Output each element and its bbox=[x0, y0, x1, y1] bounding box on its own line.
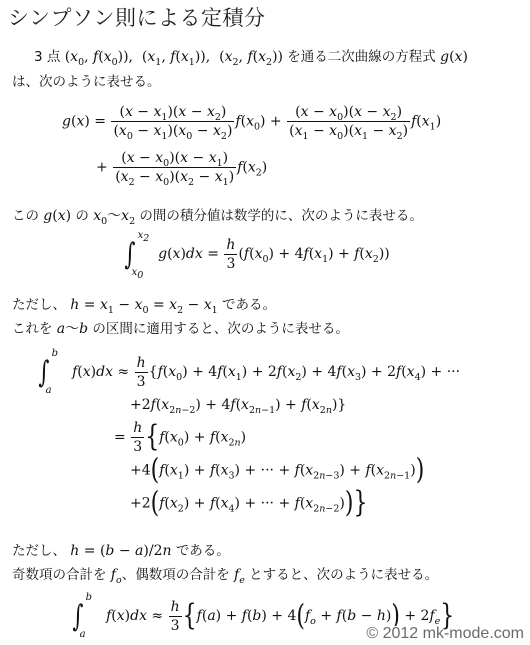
intro-line-1: 3 点 (x0, f(x0)), (x1, f(x1)), (x2, f(x2)… bbox=[34, 45, 468, 65]
integral-intro: この g(x) の x0〜x2 の間の積分値は数学的に、次のように表せる。 bbox=[12, 204, 423, 225]
equation-simpson-line-1: ∫ba f(x)dx ≈ h3{f(x0) + 4f(x1) + 2f(x2) … bbox=[36, 350, 460, 394]
equation-simpson-line-5: +2(f(x2) + f(x4) + ··· + f(x2n−2))} bbox=[130, 491, 367, 516]
equation-simpson-line-3: = h3{f(x0) + f(x2n) bbox=[114, 420, 246, 455]
h-interval-definition: ただし、 h = (b − a)/2n である。 bbox=[12, 539, 230, 559]
page-title: シンプソン則による定積分 bbox=[8, 2, 265, 32]
equation-g-of-x-line-2: + (x − x0)(x − x1)(x2 − x0)(x2 − x1)f(x2… bbox=[96, 150, 267, 185]
equation-g-of-x-line-1: g(x) = (x − x1)(x − x2)(x0 − x1)(x0 − x2… bbox=[62, 104, 441, 139]
points-math: (x0, f(x0)), (x1, f(x1)), (x2, f(x2)) bbox=[65, 49, 283, 65]
equation-integral-g: ∫x2x0 g(x)dx = h3(f(x0) + 4f(x1) + f(x2)… bbox=[122, 232, 390, 276]
apply-interval-text: これを a〜b の区間に適用すると、次のように表せる。 bbox=[12, 317, 349, 338]
equation-simpson-line-4: +4(f(x1) + f(x3) + ··· + f(x2n−3) + f(x2… bbox=[130, 458, 424, 483]
h-definition: ただし、 h = x1 − x0 = x2 − x1 である。 bbox=[12, 293, 276, 313]
odd-even-sum-text: 奇数項の合計を fo、偶数項の合計を fe とすると、次のように表せる。 bbox=[12, 563, 438, 583]
intro-line-2: は、次のように表せる。 bbox=[12, 70, 161, 90]
copyright-watermark: © 2012 mk-mode.com bbox=[366, 625, 524, 643]
equation-simpson-line-2: +2f(x2n−2) + 4f(x2n−1) + f(x2n)} bbox=[130, 397, 346, 413]
